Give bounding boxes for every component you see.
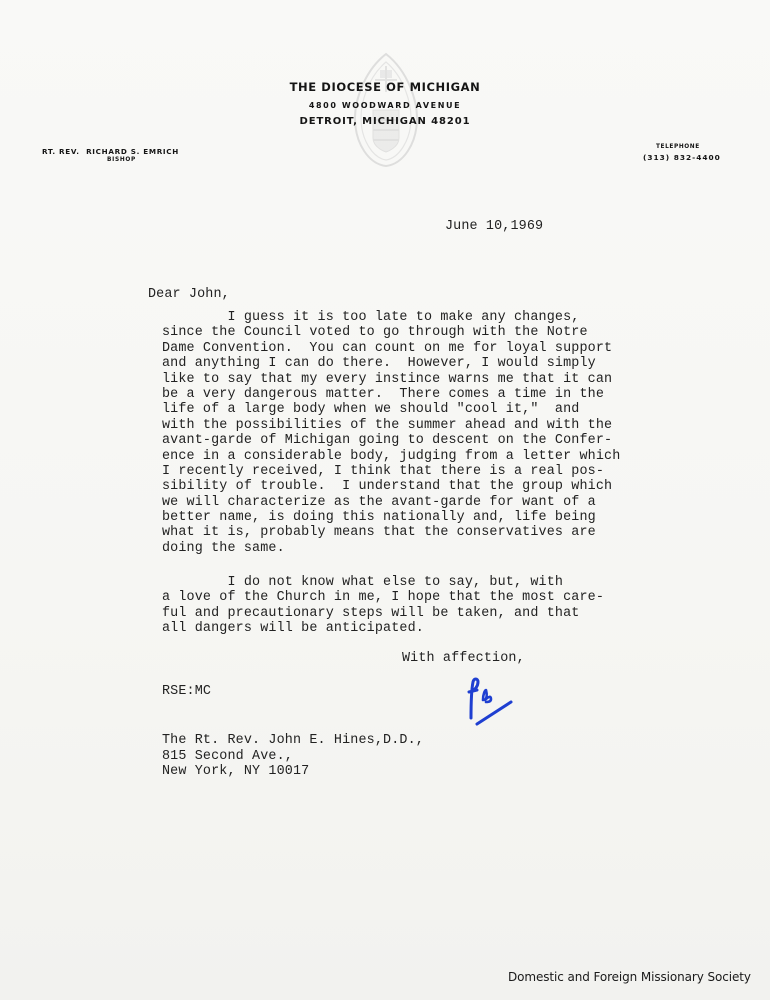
letterhead-street-address: 4800 WOODWARD AVENUE [278, 101, 492, 110]
paragraph-line: since the Council voted to go through wi… [162, 325, 682, 340]
paragraph-line: Dame Convention. You can count on me for… [162, 341, 682, 356]
paragraph-line: be a very dangerous matter. There comes … [162, 387, 682, 402]
paragraph-line: with the possibilities of the summer ahe… [162, 418, 682, 433]
letter-closing: With affection, [402, 651, 525, 666]
archive-credit: Domestic and Foreign Missionary Society [508, 970, 751, 984]
paragraph-line: life of a large body when we should "coo… [162, 402, 682, 417]
handwritten-signature-icon [463, 674, 521, 726]
letterhead-telephone-label: TELEPHONE [656, 144, 700, 150]
reference-initials: RSE:MC [162, 684, 211, 699]
paragraph-line: I recently received, I think that there … [162, 464, 682, 479]
paragraph-line: avant-garde of Michigan going to descent… [162, 433, 682, 448]
recipient-name: The Rt. Rev. John E. Hines,D.D., [162, 733, 424, 749]
letterhead-city-address: DETROIT, MICHIGAN 48201 [278, 116, 492, 127]
paragraph-line: all dangers will be anticipated. [162, 621, 682, 636]
recipient-address: The Rt. Rev. John E. Hines,D.D., 815 Sec… [162, 733, 424, 780]
paragraph-line: a love of the Church in me, I hope that … [162, 590, 682, 605]
paragraph-line: what it is, probably means that the cons… [162, 525, 682, 540]
paragraph-line: ence in a considerable body, judging fro… [162, 449, 682, 464]
paragraph-line: and anything I can do there. However, I … [162, 356, 682, 371]
recipient-street: 815 Second Ave., [162, 749, 424, 765]
paragraph-line: sibility of trouble. I understand that t… [162, 479, 682, 494]
letterhead-telephone-number: (313) 832-4400 [643, 153, 721, 162]
paragraph-line: better name, is doing this nationally an… [162, 510, 682, 525]
letterhead-sender-name: RT. REV. RICHARD S. EMRICH [42, 147, 179, 156]
letter-page: THE DIOCESE OF MICHIGAN 4800 WOODWARD AV… [0, 0, 770, 1000]
letter-paragraph-2: I do not know what else to say, but, wit… [162, 575, 682, 637]
paragraph-line: doing the same. [162, 541, 682, 556]
letterhead-sender-title: BISHOP [107, 157, 136, 163]
diocesan-seal-icon [353, 52, 419, 168]
recipient-city: New York, NY 10017 [162, 764, 424, 780]
letter-paragraph-1: I guess it is too late to make any chang… [162, 310, 682, 556]
paragraph-line: I do not know what else to say, but, wit… [162, 575, 682, 590]
paragraph-line: I guess it is too late to make any chang… [162, 310, 682, 325]
paragraph-line: like to say that my every instince warns… [162, 372, 682, 387]
letterhead-organization: THE DIOCESE OF MICHIGAN [278, 80, 492, 94]
letter-salutation: Dear John, [148, 287, 230, 302]
letter-date: June 10,1969 [445, 219, 543, 234]
paragraph-line: ful and precautionary steps will be take… [162, 606, 682, 621]
paragraph-line: we will characterize as the avant-garde … [162, 495, 682, 510]
